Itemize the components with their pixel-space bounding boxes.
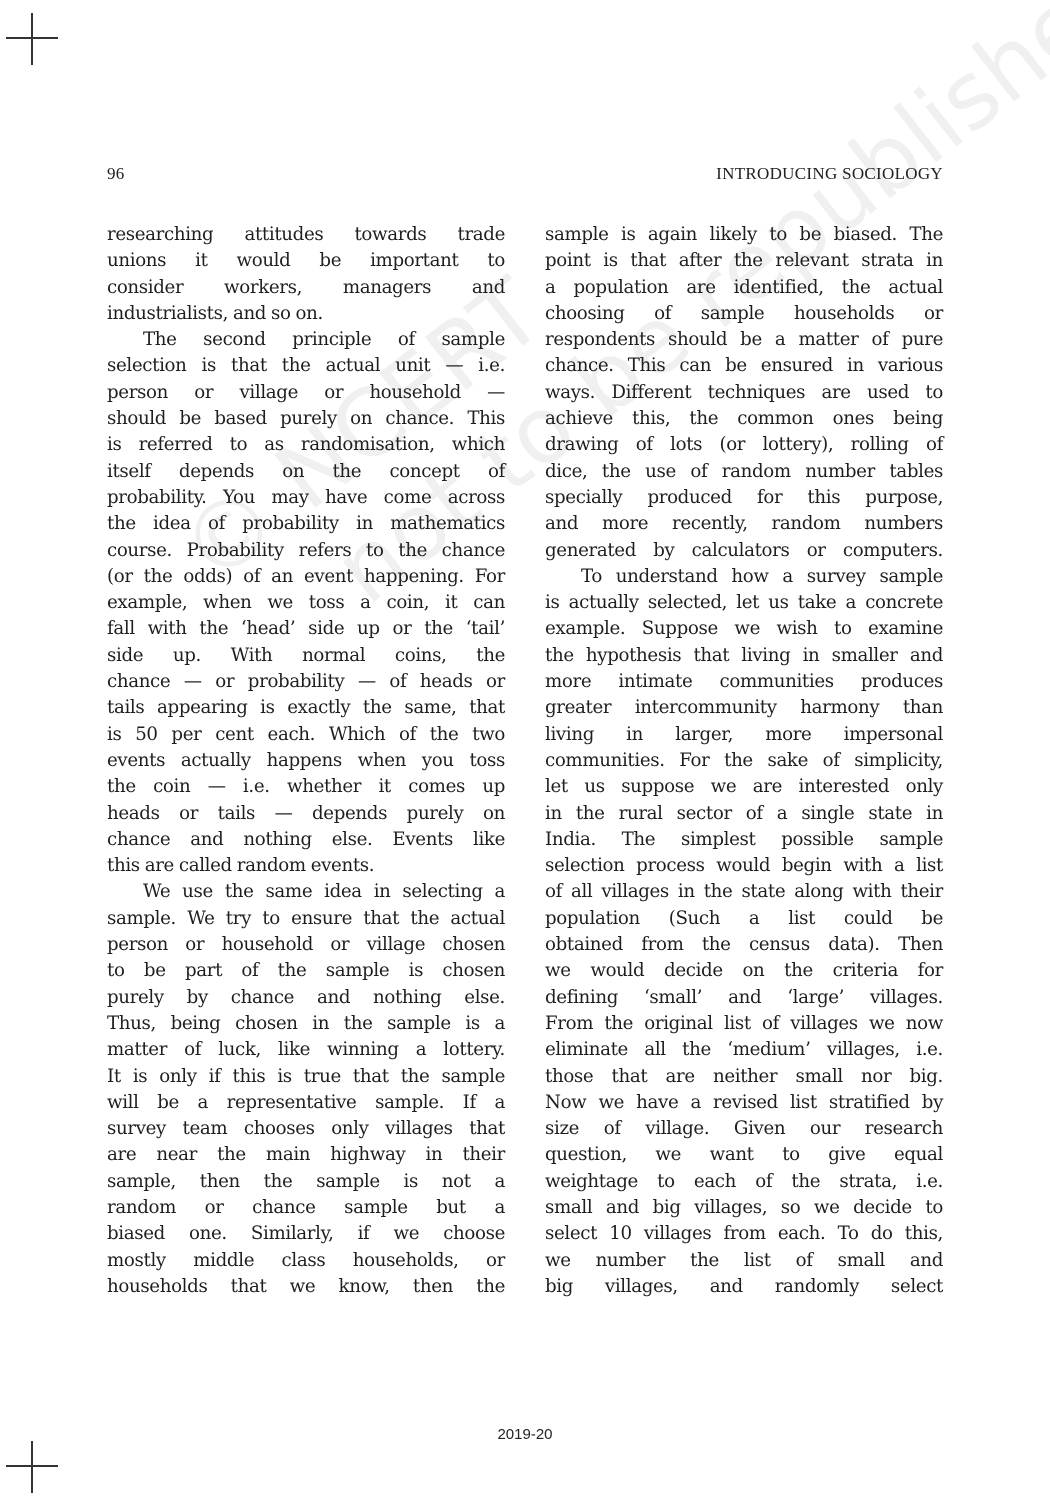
- text-line: is 50 per cent each. Which of the two: [107, 722, 505, 748]
- text-line: Thus, being chosen in the sample is a: [107, 1011, 505, 1037]
- text-line: We use the same idea in selecting a: [107, 879, 505, 905]
- text-line: industrialists, and so on.: [107, 301, 505, 327]
- right-column: sample is again likely to be biased. The…: [545, 222, 943, 1300]
- text-line: fall with the ‘head’ side up or the ‘tai…: [107, 616, 505, 642]
- text-line: eliminate all the ‘medium’ villages, i.e…: [545, 1037, 943, 1063]
- text-line: events actually happens when you toss: [107, 748, 505, 774]
- text-line: To understand how a survey sample: [545, 564, 943, 590]
- text-line: The second principle of sample: [107, 327, 505, 353]
- text-line: generated by calculators or computers.: [545, 538, 943, 564]
- text-line: dice, the use of random number tables: [545, 459, 943, 485]
- text-line: are near the main highway in their: [107, 1142, 505, 1168]
- text-line: chance — or probability — of heads or: [107, 669, 505, 695]
- text-line: respondents should be a matter of pure: [545, 327, 943, 353]
- text-line: population (Such a list could be: [545, 906, 943, 932]
- text-line: a population are identified, the actual: [545, 275, 943, 301]
- book-title: INTRODUCING SOCIOLOGY: [716, 164, 943, 184]
- page-number: 96: [107, 164, 125, 184]
- text-line: It is only if this is true that the samp…: [107, 1064, 505, 1090]
- text-line: size of village. Given our research: [545, 1116, 943, 1142]
- text-line: Now we have a revised list stratified by: [545, 1090, 943, 1116]
- text-line: weightage to each of the strata, i.e.: [545, 1169, 943, 1195]
- text-line: probability. You may have come across: [107, 485, 505, 511]
- text-line: purely by chance and nothing else.: [107, 985, 505, 1011]
- text-line: heads or tails — depends purely on: [107, 801, 505, 827]
- text-line: sample, then the sample is not a: [107, 1169, 505, 1195]
- text-line: the hypothesis that living in smaller an…: [545, 643, 943, 669]
- text-line: chance and nothing else. Events like: [107, 827, 505, 853]
- text-line: unions it would be important to: [107, 248, 505, 274]
- text-line: chance. This can be ensured in various: [545, 353, 943, 379]
- text-line: those that are neither small nor big.: [545, 1064, 943, 1090]
- text-line: point is that after the relevant strata …: [545, 248, 943, 274]
- text-line: select 10 villages from each. To do this…: [545, 1221, 943, 1247]
- text-line: to be part of the sample is chosen: [107, 958, 505, 984]
- text-line: selection is that the actual unit — i.e.: [107, 353, 505, 379]
- text-line: and more recently, random numbers: [545, 511, 943, 537]
- text-line: small and big villages, so we decide to: [545, 1195, 943, 1221]
- text-line: drawing of lots (or lottery), rolling of: [545, 432, 943, 458]
- text-line: sample is again likely to be biased. The: [545, 222, 943, 248]
- text-line: person or household or village chosen: [107, 932, 505, 958]
- text-line: more intimate communities produces: [545, 669, 943, 695]
- text-line: course. Probability refers to the chance: [107, 538, 505, 564]
- left-column: researching attitudes towards tradeunion…: [107, 222, 505, 1300]
- text-line: obtained from the census data). Then: [545, 932, 943, 958]
- text-line: choosing of sample households or: [545, 301, 943, 327]
- text-line: India. The simplest possible sample: [545, 827, 943, 853]
- text-line: communities. For the sake of simplicity,: [545, 748, 943, 774]
- crop-mark-bottom-left: [6, 1441, 58, 1493]
- text-line: consider workers, managers and: [107, 275, 505, 301]
- text-line: From the original list of villages we no…: [545, 1011, 943, 1037]
- text-line: in the rural sector of a single state in: [545, 801, 943, 827]
- text-line: survey team chooses only villages that: [107, 1116, 505, 1142]
- text-line: example, when we toss a coin, it can: [107, 590, 505, 616]
- text-line: greater intercommunity harmony than: [545, 695, 943, 721]
- text-line: the idea of probability in mathematics: [107, 511, 505, 537]
- text-line: should be based purely on chance. This: [107, 406, 505, 432]
- text-line: is referred to as randomisation, which: [107, 432, 505, 458]
- text-line: question, we want to give equal: [545, 1142, 943, 1168]
- text-line: specially produced for this purpose,: [545, 485, 943, 511]
- text-line: sample. We try to ensure that the actual: [107, 906, 505, 932]
- text-line: this are called random events.: [107, 853, 505, 879]
- text-line: (or the odds) of an event happening. For: [107, 564, 505, 590]
- text-line: living in larger, more impersonal: [545, 722, 943, 748]
- text-line: matter of luck, like winning a lottery.: [107, 1037, 505, 1063]
- text-line: the coin — i.e. whether it comes up: [107, 774, 505, 800]
- text-line: of all villages in the state along with …: [545, 879, 943, 905]
- text-line: ways. Different techniques are used to: [545, 380, 943, 406]
- text-line: researching attitudes towards trade: [107, 222, 505, 248]
- text-line: is actually selected, let us take a conc…: [545, 590, 943, 616]
- text-line: achieve this, the common ones being: [545, 406, 943, 432]
- text-line: person or village or household —: [107, 380, 505, 406]
- text-line: we number the list of small and: [545, 1248, 943, 1274]
- text-line: mostly middle class households, or: [107, 1248, 505, 1274]
- text-line: we would decide on the criteria for: [545, 958, 943, 984]
- text-line: households that we know, then the: [107, 1274, 505, 1300]
- text-line: let us suppose we are interested only: [545, 774, 943, 800]
- text-line: example. Suppose we wish to examine: [545, 616, 943, 642]
- text-line: biased one. Similarly, if we choose: [107, 1221, 505, 1247]
- text-line: defining ‘small’ and ‘large’ villages.: [545, 985, 943, 1011]
- text-line: will be a representative sample. If a: [107, 1090, 505, 1116]
- text-line: side up. With normal coins, the: [107, 643, 505, 669]
- text-line: tails appearing is exactly the same, tha…: [107, 695, 505, 721]
- footer-year: 2019-20: [0, 1426, 1050, 1443]
- text-line: big villages, and randomly select: [545, 1274, 943, 1300]
- text-line: random or chance sample but a: [107, 1195, 505, 1221]
- text-line: selection process would begin with a lis…: [545, 853, 943, 879]
- text-line: itself depends on the concept of: [107, 459, 505, 485]
- crop-mark-top-left: [6, 13, 58, 65]
